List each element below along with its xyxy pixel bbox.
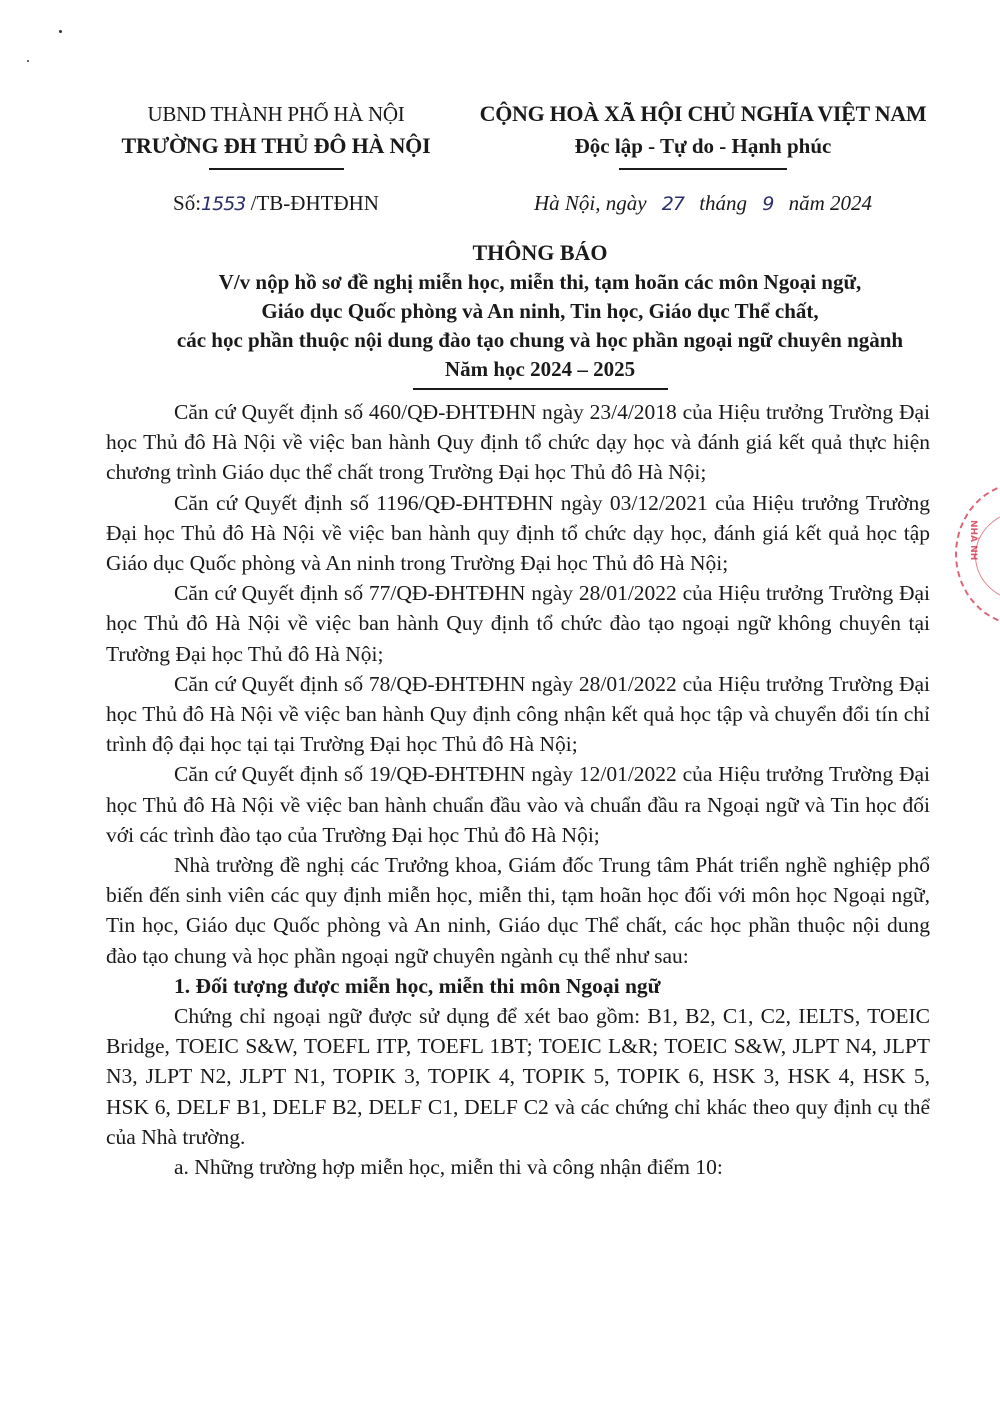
legal-basis-paragraph: Căn cứ Quyết định số 19/QĐ-ĐHTĐHN ngày 1… [106, 759, 930, 850]
document-number: Số:1553 /TB-ĐHTĐHN [96, 188, 456, 219]
date-month-label: tháng [699, 191, 747, 215]
notice-subject-line: các học phần thuộc nội dung đào tạo chun… [150, 326, 930, 355]
notice-body: Căn cứ Quyết định số 460/QĐ-ĐHTĐHN ngày … [106, 397, 930, 1182]
date-prefix: Hà Nội, ngày [534, 191, 647, 215]
notice-school-year: Năm học 2024 – 2025 [150, 355, 930, 384]
parent-authority: UBND THÀNH PHỐ HÀ NỘI [96, 98, 456, 130]
certificates-paragraph: Chứng chỉ ngoại ngữ được sử dụng để xét … [106, 1001, 930, 1152]
notice-subject-line: Giáo dục Quốc phòng và An ninh, Tin học,… [150, 297, 930, 326]
notice-heading: THÔNG BÁO [150, 238, 930, 268]
date-month-handwritten: 9 [762, 193, 773, 215]
header-left-rule [209, 168, 344, 170]
scan-speck [59, 30, 62, 33]
scan-speck [27, 60, 29, 62]
national-title-block: CỘNG HOÀ XÃ HỘI CHỦ NGHĨA VIỆT NAM Độc l… [468, 98, 938, 219]
title-rule [413, 388, 668, 390]
issuing-school: TRƯỜNG ĐH THỦ ĐÔ HÀ NỘI [96, 130, 456, 162]
doc-number-suffix: /TB-ĐHTĐHN [245, 191, 379, 215]
issue-date: Hà Nội, ngày 27 tháng 9 năm 2024 [468, 188, 938, 219]
request-paragraph: Nhà trường đề nghị các Trưởng khoa, Giám… [106, 850, 930, 971]
national-motto: Độc lập - Tự do - Hạnh phúc [468, 130, 938, 162]
doc-number-prefix: Số: [173, 191, 201, 215]
notice-title-block: THÔNG BÁO V/v nộp hồ sơ đề nghị miễn học… [150, 238, 930, 390]
section-1a-heading: a. Những trường hợp miễn học, miễn thi v… [106, 1152, 930, 1182]
official-seal-text: NHÀ NH [968, 520, 978, 560]
section-1-heading: 1. Đối tượng được miễn học, miễn thi môn… [106, 971, 930, 1001]
legal-basis-paragraph: Căn cứ Quyết định số 78/QĐ-ĐHTĐHN ngày 2… [106, 669, 930, 760]
legal-basis-paragraph: Căn cứ Quyết định số 1196/QĐ-ĐHTĐHN ngày… [106, 488, 930, 579]
national-title: CỘNG HOÀ XÃ HỘI CHỦ NGHĨA VIỆT NAM [468, 98, 938, 130]
notice-subject-line: V/v nộp hồ sơ đề nghị miễn học, miễn thi… [150, 268, 930, 297]
doc-number-handwritten: 1553 [201, 193, 245, 215]
header-right-rule [619, 168, 787, 170]
legal-basis-paragraph: Căn cứ Quyết định số 460/QĐ-ĐHTĐHN ngày … [106, 397, 930, 488]
date-year: năm 2024 [789, 191, 872, 215]
legal-basis-paragraph: Căn cứ Quyết định số 77/QĐ-ĐHTĐHN ngày 2… [106, 578, 930, 669]
issuing-authority-block: UBND THÀNH PHỐ HÀ NỘI TRƯỜNG ĐH THỦ ĐÔ H… [96, 98, 456, 219]
date-day-handwritten: 27 [662, 193, 684, 215]
